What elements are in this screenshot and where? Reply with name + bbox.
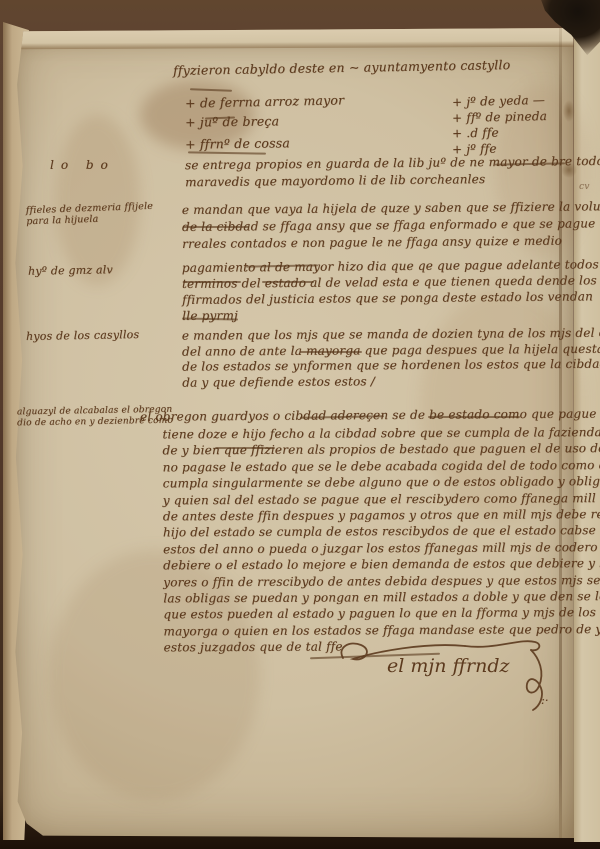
entry-paragraph: e manden que los mjs que se manda de doz…: [182, 325, 600, 390]
signature-flourish: [465, 641, 539, 650]
signature-mark: :·: [541, 694, 549, 707]
entry-paragraph: tiene doze e hijo fecho a la cibdad sobr…: [162, 424, 600, 656]
notary-signature: el mjn ffrndz: [335, 632, 565, 717]
ink-stroke: [183, 281, 241, 283]
crease-mark: [563, 100, 575, 122]
page-top-fold: [12, 27, 574, 49]
attendee-left: + ffrnº de cossa: [185, 135, 290, 151]
ink-stroke: [428, 416, 520, 418]
ink-stroke: [300, 351, 362, 353]
margin-note: lo bo: [50, 158, 115, 172]
attendee-right: + ffº de pineda: [452, 109, 547, 125]
ink-stroke: [183, 226, 249, 228]
attendee-right: + jº de yeda —: [452, 93, 545, 109]
entry-paragraph: pagamiento al de mayor hizo dia que qe q…: [182, 256, 600, 324]
margin-note: ffieles de dezmeria ffijele para la hiju…: [26, 201, 154, 227]
margin-note: hyº de gmz alv: [28, 263, 113, 277]
manuscript-photo: cv ffyzieron cabyldo deste en ~ ayuntamy…: [0, 0, 600, 849]
entry-paragraph: se entrega propios en guarda de la lib j…: [185, 153, 600, 192]
damp-stain: [55, 115, 140, 285]
signature-descender: [527, 650, 542, 710]
signature-text: el mjn ffrndz: [387, 655, 510, 677]
attendee-right: + .d ffe: [452, 126, 499, 141]
ink-stroke: [262, 281, 314, 283]
margin-note: hyos de los casyllos: [26, 328, 139, 343]
ink-stroke: [215, 447, 275, 449]
